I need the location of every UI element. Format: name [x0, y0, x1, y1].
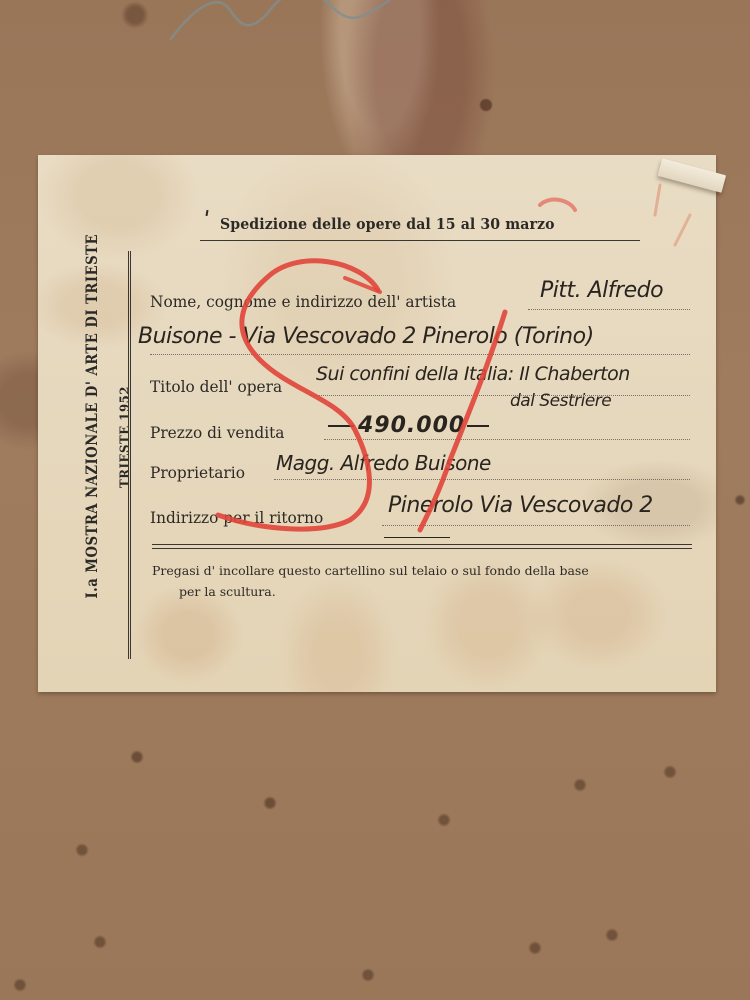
bottom-double-rule — [152, 544, 692, 549]
ink-tick-mark — [205, 210, 208, 216]
artist-handwritten-line2: Buisone - Via Vescovado 2 Pinerolo (Tori… — [138, 324, 594, 349]
title-handwritten-line2: dal Sestriere — [510, 391, 611, 411]
price-dotted-line — [324, 439, 690, 440]
return-address-dotted-line — [382, 525, 690, 526]
owner-field-label: Proprietario — [150, 463, 245, 482]
shipping-dates-header: Spedizione delle opere dal 15 al 30 marz… — [220, 215, 555, 233]
title-field-label: Titolo dell' opera — [150, 377, 282, 396]
vertical-double-rule — [128, 251, 131, 659]
title-dotted-line — [310, 395, 690, 396]
handwritten-underline — [384, 537, 450, 538]
title-handwritten-line1: Sui confini della Italia: Il Chaberton — [316, 363, 630, 385]
instructions-line-1: Pregasi d' incollare questo cartellino s… — [152, 563, 589, 578]
return-address-field-label: Indirizzo per il ritorno — [150, 508, 323, 527]
instructions-line-2: per la scultura. — [152, 581, 712, 602]
exhibition-label-card: I.a MOSTRA NAZIONALE D' ARTE DI TRIESTE … — [38, 155, 716, 692]
exhibition-year: TRIESTE 1952 — [116, 266, 136, 608]
owner-handwritten-value: Magg. Alfredo Buisone — [276, 451, 491, 475]
artist-dotted-line-2 — [150, 354, 690, 355]
return-address-handwritten-value: Pinerolo Via Vescovado 2 — [388, 493, 653, 518]
artist-dotted-line — [528, 309, 690, 310]
owner-dotted-line — [274, 479, 690, 480]
header-underline — [200, 240, 640, 241]
pencil-scribble-on-board — [160, 0, 420, 50]
affixing-instructions: Pregasi d' incollare questo cartellino s… — [152, 560, 712, 602]
price-field-label: Prezzo di vendita — [150, 423, 284, 442]
price-handwritten-value: 490.000 — [328, 413, 489, 438]
exhibition-name: I.a MOSTRA NAZIONALE D' ARTE DI TRIESTE — [82, 276, 102, 599]
price-value-text: 490.000 — [358, 413, 465, 438]
artist-handwritten-line1: Pitt. Alfredo — [540, 278, 663, 303]
artist-field-label: Nome, cognome e indirizzo dell' artista — [150, 292, 456, 311]
